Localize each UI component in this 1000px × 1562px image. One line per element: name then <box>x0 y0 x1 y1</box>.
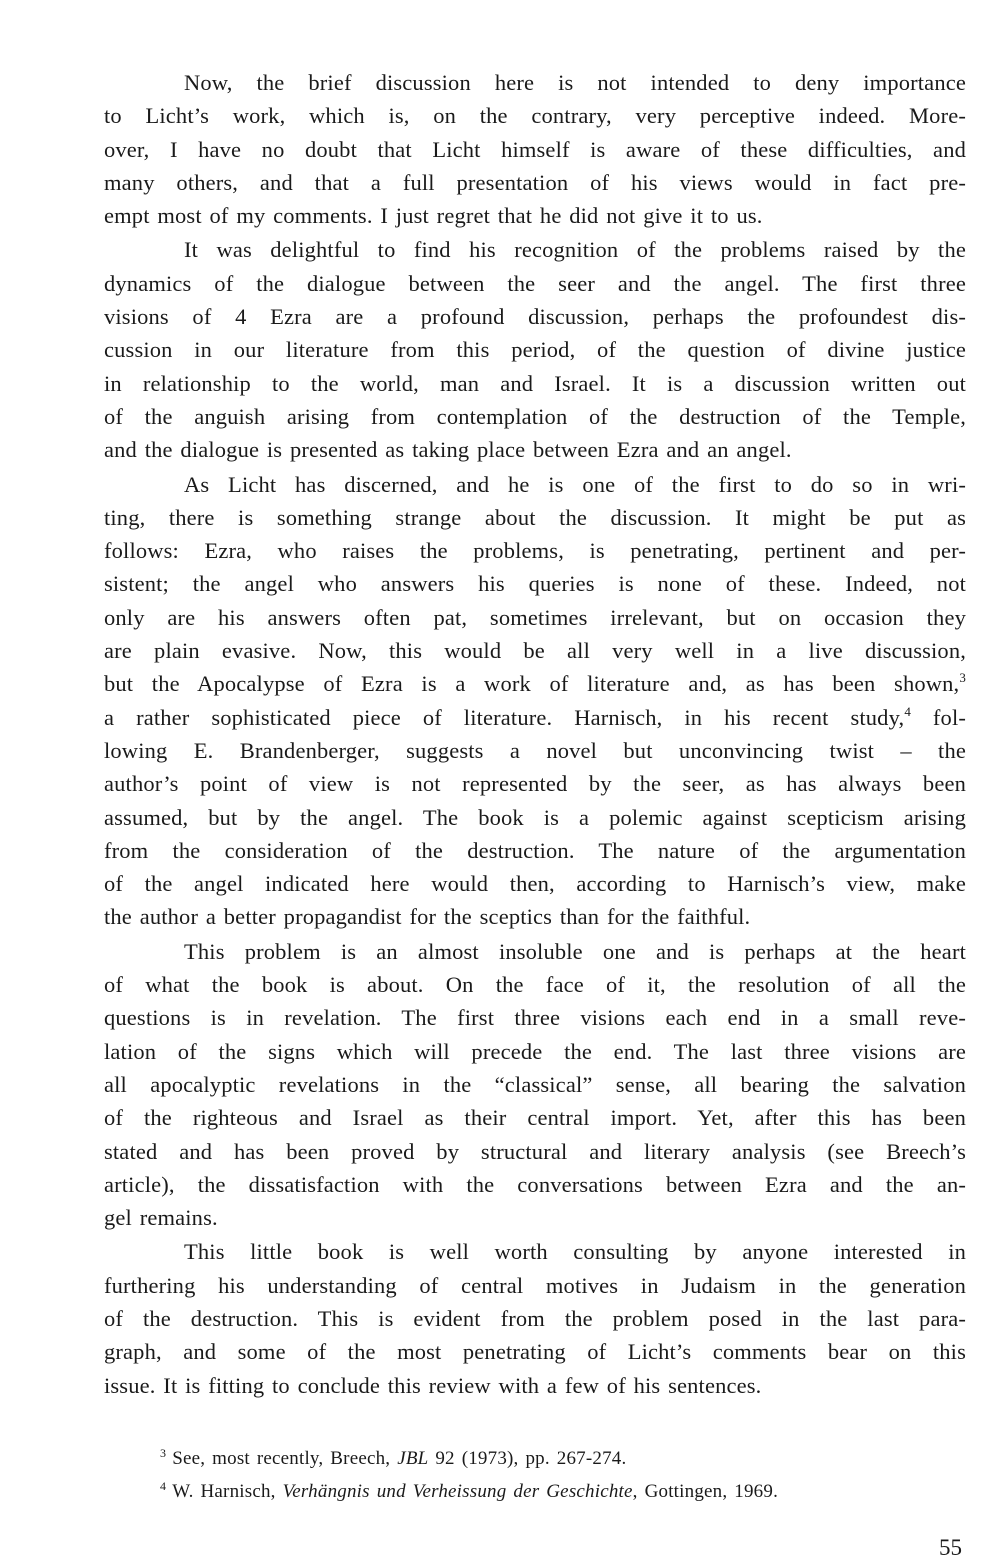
footnote-title: Verhängnis und Verheissung der Geschicht… <box>283 1481 633 1502</box>
text-line: are plain evasive. Now, this would be al… <box>104 634 966 667</box>
text-line: As Licht has discerned, and he is one of… <box>104 468 966 501</box>
paragraph: This problem is an almost insoluble one … <box>104 935 966 1235</box>
text-line: This little book is well worth consultin… <box>104 1235 966 1268</box>
text-line: a rather sophisticated piece of literatu… <box>104 701 966 734</box>
footnote-text: W. Harnisch, <box>172 1481 282 1502</box>
text-line: the author a better propagandist for the… <box>104 900 966 933</box>
text-line: author’s point of view is not represente… <box>104 767 966 800</box>
text-line: of what the book is about. On the face o… <box>104 968 966 1001</box>
footnote-mark: 3 <box>160 1446 166 1460</box>
text-line: from the consideration of the destructio… <box>104 834 966 867</box>
text-line: of the destruction. This is evident from… <box>104 1302 966 1335</box>
text-line: This problem is an almost insoluble one … <box>104 935 966 968</box>
footnotes: 3See, most recently, Breech, JBL 92 (197… <box>160 1442 960 1508</box>
text-line: article), the dissatisfaction with the c… <box>104 1168 966 1201</box>
footnote: 3See, most recently, Breech, JBL 92 (197… <box>160 1442 960 1475</box>
footnote-title: JBL <box>397 1448 428 1469</box>
text-line: ting, there is something strange about t… <box>104 501 966 534</box>
text-line: gel remains. <box>104 1201 966 1234</box>
text-line: of the righteous and Israel as their cen… <box>104 1101 966 1134</box>
text-line: visions of 4 Ezra are a profound discuss… <box>104 300 966 333</box>
text-line: dynamics of the dialogue between the see… <box>104 267 966 300</box>
text-line: stated and has been proved by structural… <box>104 1135 966 1168</box>
text-line: assumed, but by the angel. The book is a… <box>104 801 966 834</box>
text-line: only are his answers often pat, sometime… <box>104 601 966 634</box>
text-line: questions is in revelation. The first th… <box>104 1001 966 1034</box>
text-line: lation of the signs which will precede t… <box>104 1035 966 1068</box>
text-line: of the angel indicated here would then, … <box>104 867 966 900</box>
text-line: and the dialogue is presented as taking … <box>104 433 966 466</box>
text-line: furthering his understanding of central … <box>104 1269 966 1302</box>
footnote-text: , Gottingen, 1969. <box>633 1481 778 1502</box>
paragraph: Now, the brief discussion here is not in… <box>104 66 966 232</box>
paragraph: This little book is well worth consultin… <box>104 1235 966 1401</box>
text-line: in relationship to the world, man and Is… <box>104 367 966 400</box>
text-line: over, I have no doubt that Licht himself… <box>104 133 966 166</box>
text-line: to Licht’s work, which is, on the contra… <box>104 99 966 132</box>
text-line: follows: Ezra, who raises the problems, … <box>104 534 966 567</box>
footnote-reference[interactable]: 3 <box>959 670 966 685</box>
page-number: 55 <box>939 1534 962 1562</box>
paragraph: As Licht has discerned, and he is one of… <box>104 468 966 934</box>
footnote-text: See, most recently, Breech, <box>172 1448 397 1469</box>
text-line: all apocalyptic revelations in the “clas… <box>104 1068 966 1101</box>
text-line: cussion in our literature from this peri… <box>104 333 966 366</box>
text-line: sistent; the angel who answers his queri… <box>104 567 966 600</box>
paragraph: It was delightful to find his recognitio… <box>104 233 966 466</box>
page-body: Now, the brief discussion here is not in… <box>104 66 966 1402</box>
text-line: empt most of my comments. I just regret … <box>104 199 966 232</box>
footnote-mark: 4 <box>160 1479 166 1493</box>
text-line: lowing E. Brandenberger, suggests a nove… <box>104 734 966 767</box>
text-line: graph, and some of the most penetrating … <box>104 1335 966 1368</box>
footnote: 4W. Harnisch, Verhängnis und Verheissung… <box>160 1475 960 1508</box>
text-line: but the Apocalypse of Ezra is a work of … <box>104 667 966 700</box>
text-line: many others, and that a full presentatio… <box>104 166 966 199</box>
footnote-reference[interactable]: 4 <box>904 704 911 719</box>
text-line: issue. It is fitting to conclude this re… <box>104 1369 966 1402</box>
text-line: of the anguish arising from contemplatio… <box>104 400 966 433</box>
footnote-text: 92 (1973), pp. 267-274. <box>428 1448 626 1469</box>
text-line: Now, the brief discussion here is not in… <box>104 66 966 99</box>
text-line: It was delightful to find his recognitio… <box>104 233 966 266</box>
